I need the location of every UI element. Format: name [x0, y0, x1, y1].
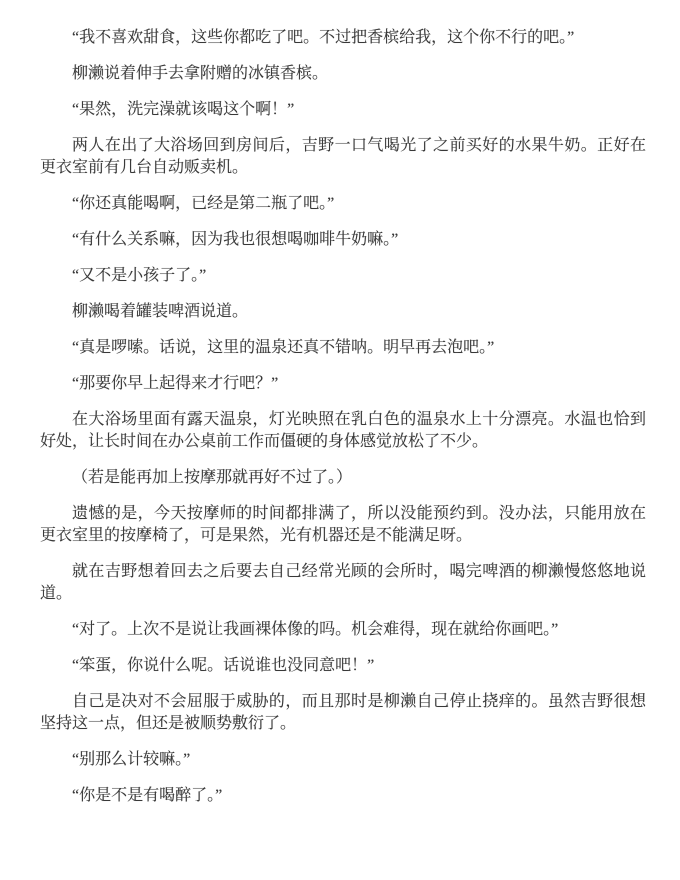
document-page: “我不喜欢甜食，这些你都吃了吧。不过把香槟给我，这个你不行的吧。” 柳濑说着伸手…	[0, 0, 680, 880]
dialogue-paragraph: “真是啰嗦。话说，这里的温泉还真不错呐。明早再去泡吧。”	[40, 337, 646, 359]
dialogue-paragraph: “对了。上次不是说让我画裸体像的吗。机会难得，现在就给你画吧。”	[40, 619, 646, 641]
narration-paragraph: 柳濑说着伸手去拿附赠的冰镇香槟。	[40, 63, 646, 85]
narration-paragraph: 自己是决对不会屈服于威胁的，而且那时是柳濑自己停止挠痒的。虽然吉野很想坚持这一点…	[40, 691, 646, 735]
dialogue-paragraph: “别那么计较嘛。”	[40, 749, 646, 771]
dialogue-paragraph: “又不是小孩子了。”	[40, 265, 646, 287]
narration-paragraph: 就在吉野想着回去之后要去自己经常光顾的会所时，喝完啤酒的柳濑慢悠悠地说道。	[40, 561, 646, 605]
dialogue-paragraph: “我不喜欢甜食，这些你都吃了吧。不过把香槟给我，这个你不行的吧。”	[40, 27, 646, 49]
narration-paragraph: 遗憾的是，今天按摩师的时间都排满了，所以没能预约到。没办法，只能用放在更衣室里的…	[40, 503, 646, 547]
thought-paragraph: （若是能再加上按摩那就再好不过了。）	[40, 467, 646, 489]
narration-paragraph: 两人在出了大浴场回到房间后，吉野一口气喝光了之前买好的水果牛奶。正好在更衣室前有…	[40, 135, 646, 179]
dialogue-paragraph: “你是不是有喝醉了。”	[40, 785, 646, 807]
narration-paragraph: 在大浴场里面有露天温泉，灯光映照在乳白色的温泉水上十分漂亮。水温也恰到好处，让长…	[40, 409, 646, 453]
narration-paragraph: 柳濑喝着罐装啤酒说道。	[40, 301, 646, 323]
dialogue-paragraph: “有什么关系嘛，因为我也很想喝咖啡牛奶嘛。”	[40, 229, 646, 251]
dialogue-paragraph: “你还真能喝啊，已经是第二瓶了吧。”	[40, 193, 646, 215]
dialogue-paragraph: “笨蛋，你说什么呢。话说谁也没同意吧！”	[40, 655, 646, 677]
dialogue-paragraph: “那要你早上起得来才行吧？”	[40, 373, 646, 395]
dialogue-paragraph: “果然，洗完澡就该喝这个啊！”	[40, 99, 646, 121]
